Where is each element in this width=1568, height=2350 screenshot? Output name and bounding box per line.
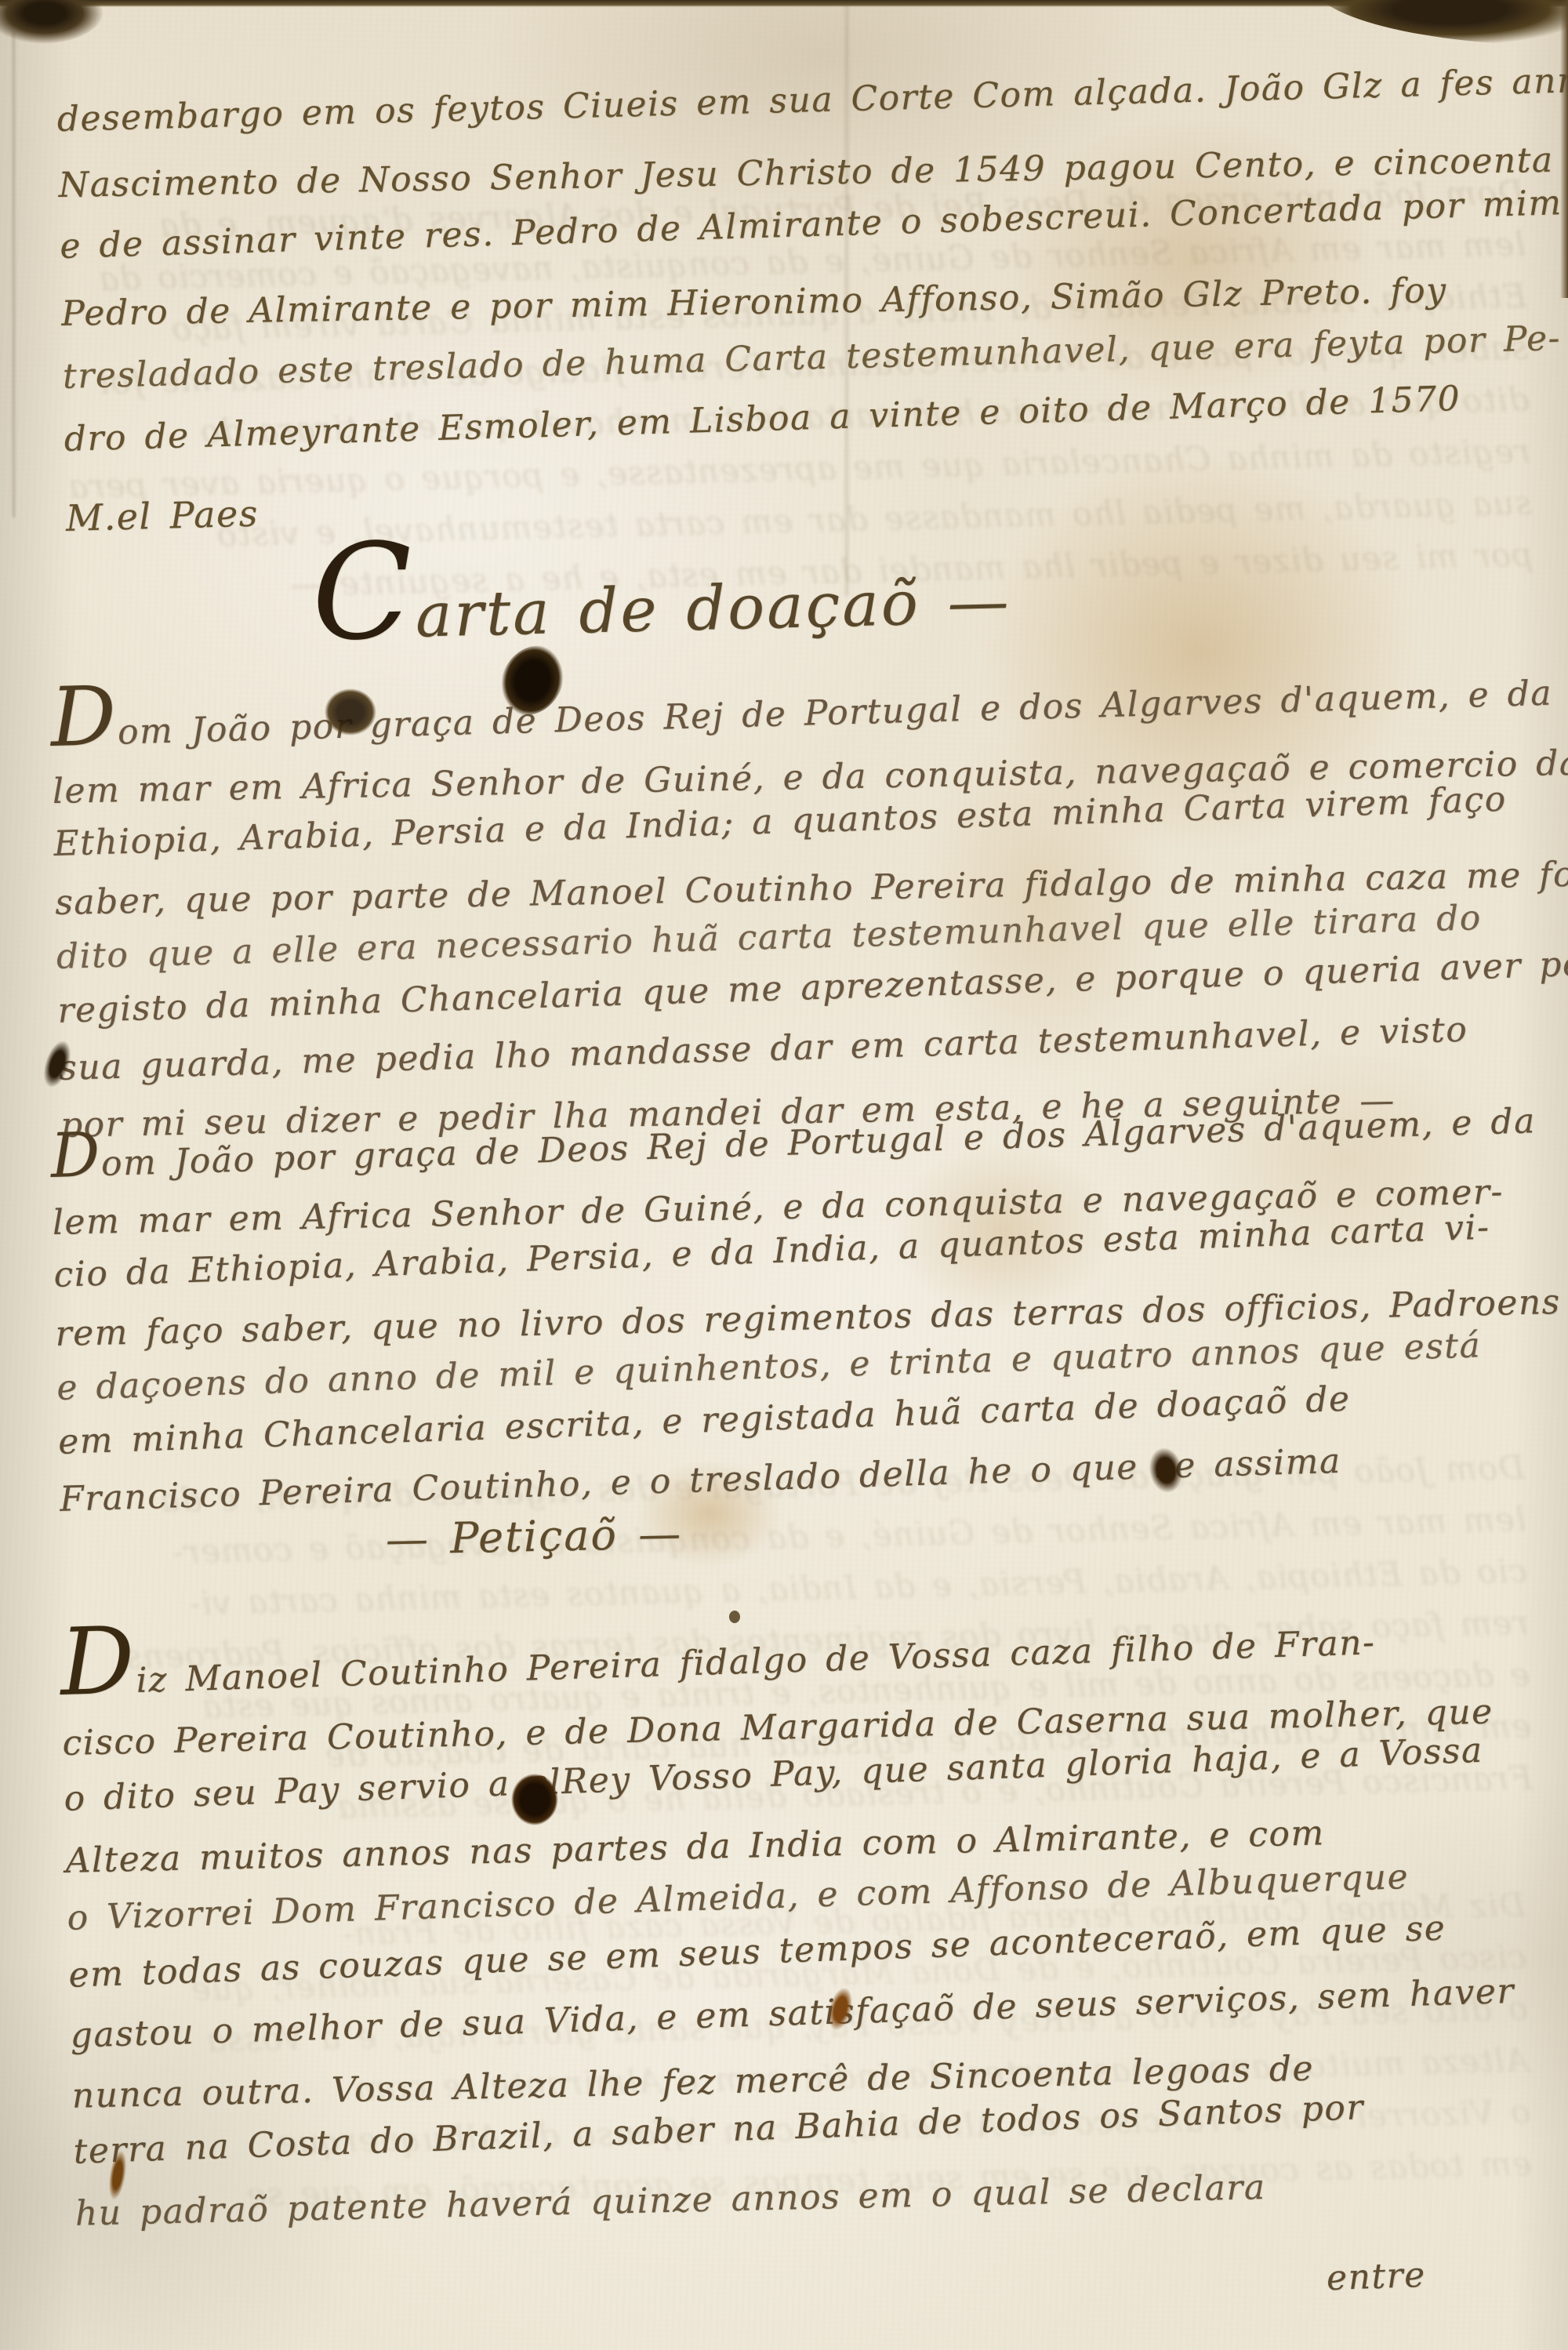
petition-paragraph: Diz Manoel Coutinho Pereira fidalgo de V… [60, 1596, 1568, 2241]
royal-paragraph-2: Dom João por graça de Deos Rej de Portug… [50, 1096, 1557, 1527]
ink-blot [729, 1611, 740, 1623]
ink-blot [325, 688, 376, 736]
closing-block: desembargo em os feytos Ciueis em sua Co… [56, 56, 1555, 550]
royal-paragraph-1: Dom João por graça de Deos Rej de Portug… [50, 658, 1558, 1152]
manuscript-photo: Dom João por graça de Deos Rej de Portug… [0, 0, 1568, 2350]
paper-crease [13, 31, 15, 518]
catchword: entre [1326, 2255, 1426, 2298]
heading-peticao: — Petiçaõ — [385, 1509, 682, 1564]
page-right-edge [1560, 0, 1568, 298]
heading-carta-de-doacao: Carta de doaçaõ — [311, 540, 1012, 654]
